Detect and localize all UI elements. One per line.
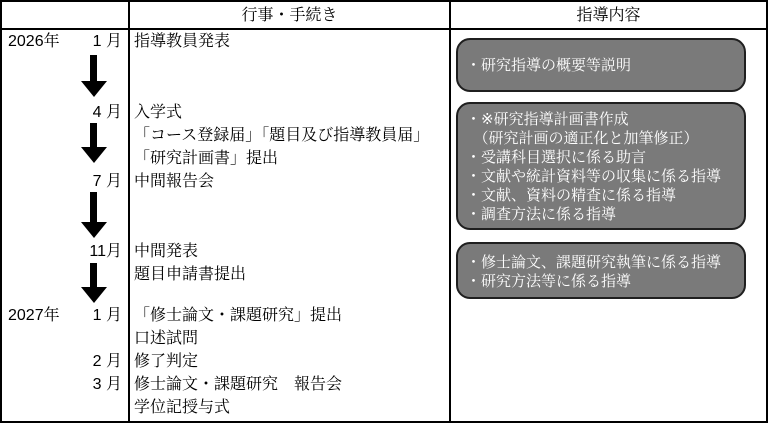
arrow-shaft — [90, 55, 97, 81]
month-label-jul-2026: 7 月 — [62, 172, 122, 192]
arrow-shaft — [90, 263, 97, 287]
guidance-box-research-plan: ・※研究指導計画書作成 （研究計画の適正化と加筆修正） ・受講科目選択に係る助言… — [456, 102, 746, 230]
month-label-feb-2027: 2 月 — [62, 352, 122, 372]
event-interim-presentation: 中間発表 — [134, 242, 198, 262]
year-label-2026: 2026年 — [8, 32, 60, 52]
arrow-head — [81, 147, 107, 163]
schedule-table: 行事・手続き 指導内容 2026年 1 月 4 月 7 月 11月 2027年 … — [0, 0, 768, 423]
event-entrance-ceremony: 入学式 — [134, 103, 182, 123]
header-guidance-content: 指導内容 — [451, 6, 766, 26]
event-thesis-report-meeting: 修士論文・課題研究 報告会 — [134, 375, 342, 395]
arrow-head — [81, 287, 107, 303]
arrow-shaft — [90, 192, 97, 222]
guidance-item: ・文献、資料の精査に係る指導 — [466, 186, 742, 205]
guidance-item: （研究計画の適正化と加筆修正） — [466, 129, 742, 148]
down-arrow-icon — [80, 55, 107, 97]
down-arrow-icon — [80, 263, 107, 303]
month-label-nov-2026: 11月 — [62, 242, 122, 262]
header-events-procedures: 行事・手続き — [130, 6, 449, 26]
month-label-jan-2026: 1 月 — [62, 32, 122, 52]
month-label-apr-2026: 4 月 — [62, 103, 122, 123]
event-degree-ceremony: 学位記授与式 — [134, 398, 230, 418]
guidance-item: ・受講科目選択に係る助言 — [466, 148, 742, 167]
event-research-plan-submission: 「研究計画書」提出 — [134, 149, 278, 169]
event-interim-report-meeting: 中間報告会 — [134, 172, 214, 192]
event-thesis-submission: 「修士論文・課題研究」提出 — [134, 306, 342, 326]
guidance-item: ・調査方法に係る指導 — [466, 205, 742, 224]
event-title-application-submission: 題目申請書提出 — [134, 265, 246, 285]
guidance-item: ・文献や統計資料等の収集に係る指導 — [466, 167, 742, 186]
down-arrow-icon — [80, 192, 107, 238]
column-divider-events-guidance — [449, 2, 451, 421]
month-label-mar-2027: 3 月 — [62, 375, 122, 395]
event-course-registration-forms: 「コース登録届」「題目及び指導教員届」 — [134, 126, 429, 146]
guidance-box-overview: ・研究指導の概要等説明 — [456, 38, 746, 92]
event-oral-examination: 口述試問 — [134, 329, 198, 349]
guidance-item: ・修士論文、課題研究執筆に係る指導 — [466, 253, 742, 272]
guidance-item: ・研究方法等に係る指導 — [466, 272, 742, 291]
column-divider-dates-events — [128, 2, 130, 421]
year-label-2027: 2027年 — [8, 306, 60, 326]
down-arrow-icon — [80, 123, 107, 163]
arrow-head — [81, 222, 107, 238]
header-row-divider — [2, 28, 766, 30]
guidance-item: ・研究指導の概要等説明 — [466, 56, 631, 75]
guidance-item: ・※研究指導計画書作成 — [466, 110, 742, 129]
month-label-jan-2027: 1 月 — [62, 306, 122, 326]
event-completion-judgement: 修了判定 — [134, 352, 198, 372]
guidance-box-thesis-writing: ・修士論文、課題研究執筆に係る指導 ・研究方法等に係る指導 — [456, 242, 746, 299]
arrow-head — [81, 81, 107, 97]
event-advisor-announcement: 指導教員発表 — [134, 32, 230, 52]
arrow-shaft — [90, 123, 97, 147]
